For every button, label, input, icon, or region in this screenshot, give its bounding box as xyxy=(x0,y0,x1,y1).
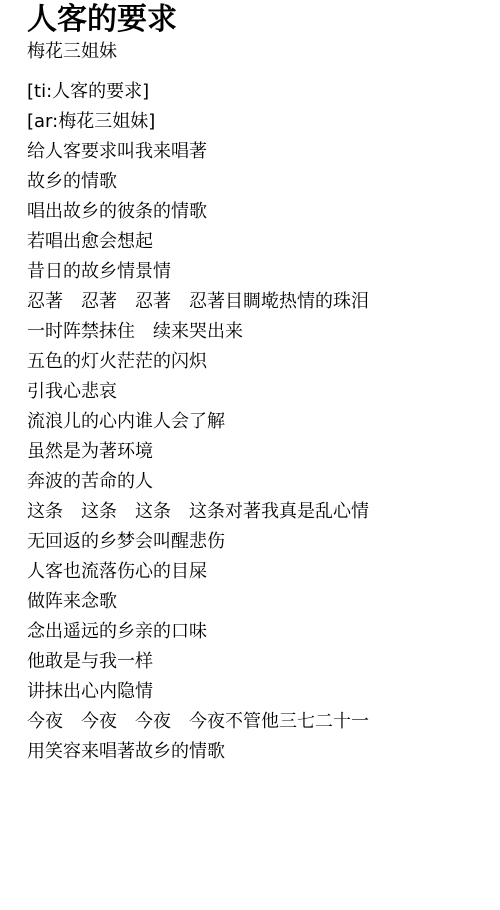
lyric-line: 若唱出愈会想起 xyxy=(27,227,480,257)
lyric-line: 虽然是为著环境 xyxy=(27,437,480,467)
lyric-line: 故乡的情歌 xyxy=(27,167,480,197)
lyric-line: 流浪儿的心内谁人会了解 xyxy=(27,407,480,437)
lyric-line: 讲抹出心内隐情 xyxy=(27,677,480,707)
lyric-line: 无回返的乡梦会叫醒悲伤 xyxy=(27,527,480,557)
lyrics-page: 人客的要求 梅花三姐妹 [ti:人客的要求][ar:梅花三姐妹]给人客要求叫我来… xyxy=(0,0,500,767)
lyrics-container: [ti:人客的要求][ar:梅花三姐妹]给人客要求叫我来唱著故乡的情歌唱出故乡的… xyxy=(27,77,480,767)
lyric-line: 这条 这条 这条 这条对著我真是乱心情 xyxy=(27,497,480,527)
lyric-line: 做阵来念歌 xyxy=(27,587,480,617)
lyric-line: 念出遥远的乡亲的口味 xyxy=(27,617,480,647)
lyric-line: 给人客要求叫我来唱著 xyxy=(27,137,480,167)
lyric-line: 唱出故乡的彼条的情歌 xyxy=(27,197,480,227)
lyric-line: 昔日的故乡情景情 xyxy=(27,257,480,287)
lyric-line: 引我心悲哀 xyxy=(27,377,480,407)
lyric-line: 用笑容来唱著故乡的情歌 xyxy=(27,737,480,767)
lyric-line: 五色的灯火茫茫的闪炽 xyxy=(27,347,480,377)
lyric-line: [ar:梅花三姐妹] xyxy=(27,107,480,137)
lyric-line: 今夜 今夜 今夜 今夜不管他三七二十一 xyxy=(27,707,480,737)
lyric-line: [ti:人客的要求] xyxy=(27,77,480,107)
lyric-line: 他敢是与我一样 xyxy=(27,647,480,677)
lyric-line: 一时阵禁抹住 续来哭出来 xyxy=(27,317,480,347)
lyric-line: 人客也流落伤心的目屎 xyxy=(27,557,480,587)
page-title: 人客的要求 xyxy=(27,0,480,40)
lyric-line: 奔波的苦命的人 xyxy=(27,467,480,497)
lyric-line: 忍著 忍著 忍著 忍著目睭墘热情的珠泪 xyxy=(27,287,480,317)
artist-name: 梅花三姐妹 xyxy=(27,40,480,64)
